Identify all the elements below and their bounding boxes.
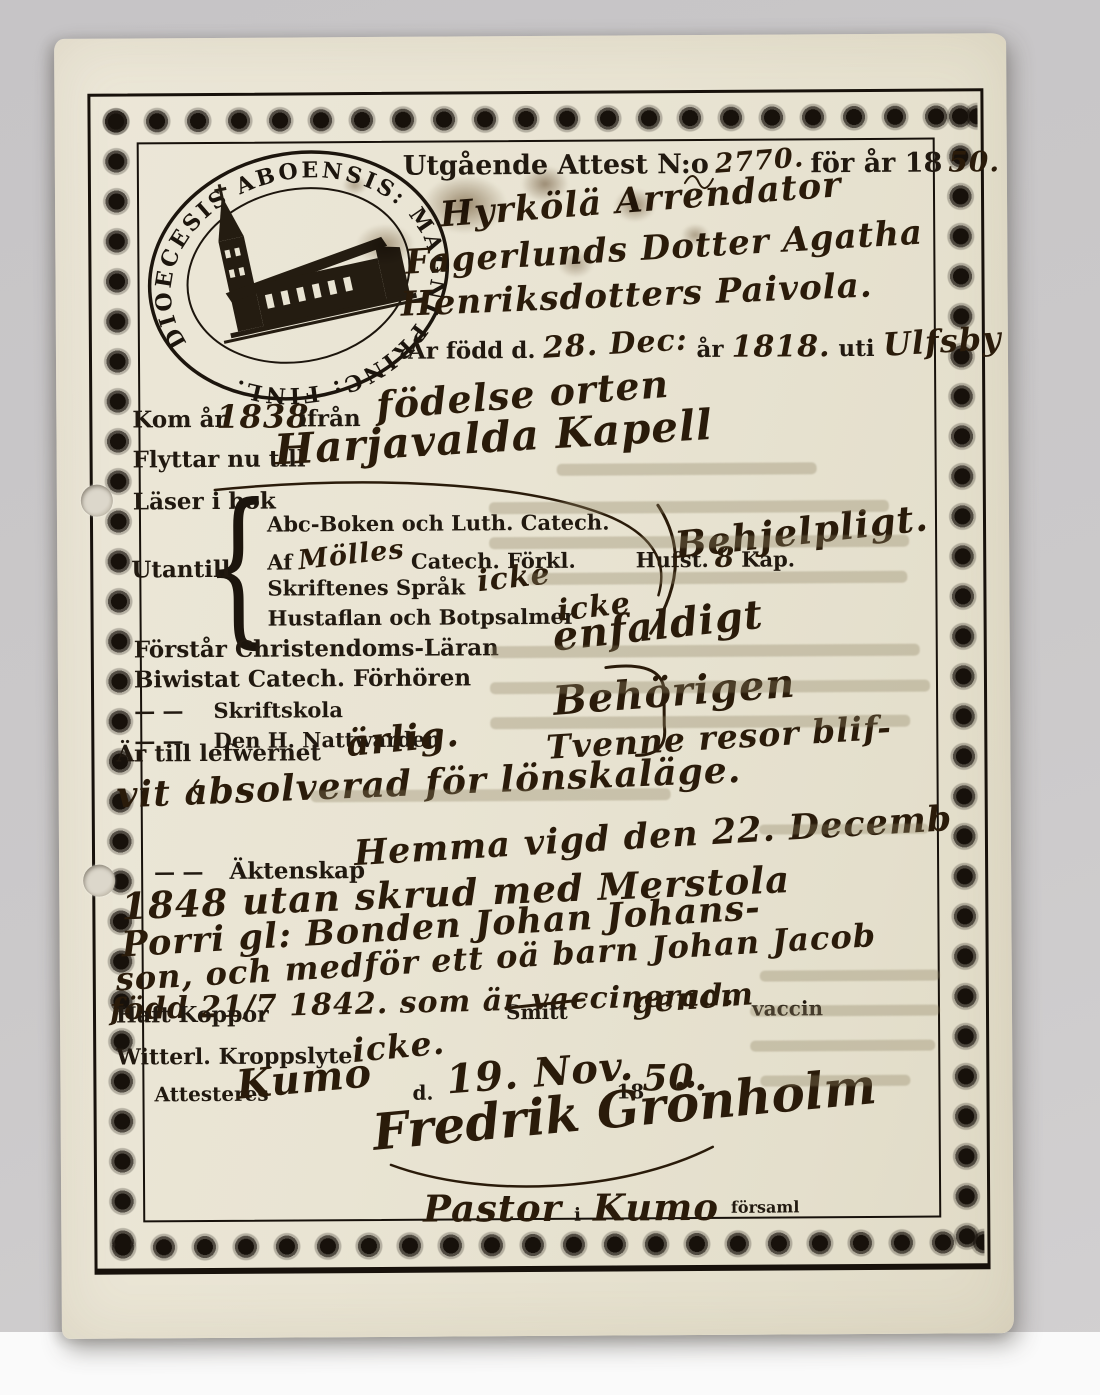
bleed-through-line — [490, 715, 910, 730]
bleed-through-line — [557, 462, 817, 476]
bleed-through-line — [750, 1040, 935, 1052]
signature-i-label: i — [574, 1205, 581, 1226]
utantill-row3-label: Skriftenes Språk — [267, 574, 465, 600]
born-year-label: år — [696, 336, 723, 363]
utantill-label: Utantill — [131, 556, 230, 584]
attended-row2-dash: — — — [134, 698, 183, 723]
border-rosettes-right — [937, 94, 984, 1260]
signature-parish-label: församl — [731, 1197, 799, 1216]
bleed-through-line — [489, 500, 889, 514]
attest-year-value: 50. — [948, 145, 1000, 178]
pox-smitt-label: Smitt — [506, 1000, 568, 1024]
born-place-label: uti — [838, 335, 874, 362]
born-day-value: 28. Dec: — [542, 322, 689, 365]
understands-label: Förstår Christendoms-Läran — [134, 634, 499, 663]
bleed-through-line — [311, 788, 671, 802]
pox-label: Haft Koppor — [116, 1002, 269, 1029]
photograph-of-document: DIOECESIS ABOENSIS: MAGNI PRINC: FINL. — [0, 0, 1100, 1395]
bleed-through-line — [750, 1005, 940, 1017]
attended-row2: — — Skriftskola — [134, 697, 343, 723]
utantill-row4-label: Hustaflan och Botpsalmer — [268, 604, 575, 631]
table-surface — [0, 1332, 1100, 1395]
punch-hole-top — [81, 485, 113, 517]
signature-place: Kumo — [593, 1185, 719, 1230]
document-paper: DIOECESIS ABOENSIS: MAGNI PRINC: FINL. — [54, 33, 1014, 1339]
birth-line: År född d. 28. Dec: år 1818. uti Ulfsby — [408, 325, 1002, 367]
signature-title-pastor: Pastor — [423, 1186, 562, 1231]
born-label: År född d. — [408, 337, 536, 365]
attended-row2-label: Skriftskola — [213, 697, 343, 723]
conduct-label: Är till lefwernet — [116, 739, 321, 767]
came-label: Kom år — [132, 406, 226, 434]
bleed-through-line — [527, 571, 907, 585]
bleed-through-line — [759, 824, 929, 835]
born-place-value: Ulfsby — [881, 319, 1002, 364]
punch-hole-bottom — [83, 865, 115, 897]
bleed-through-line — [489, 535, 909, 550]
born-year-value: 1818. — [731, 329, 830, 365]
attended-label: Biwistat Catech. Förhören — [134, 664, 471, 693]
ink-stain-small — [575, 155, 736, 276]
bleed-through-line — [760, 970, 940, 982]
bleed-through-line — [760, 1075, 910, 1087]
signature-title-row: Pastor i Kumo församl — [423, 1184, 799, 1230]
utantill-row2-af-label: Af — [267, 549, 292, 574]
